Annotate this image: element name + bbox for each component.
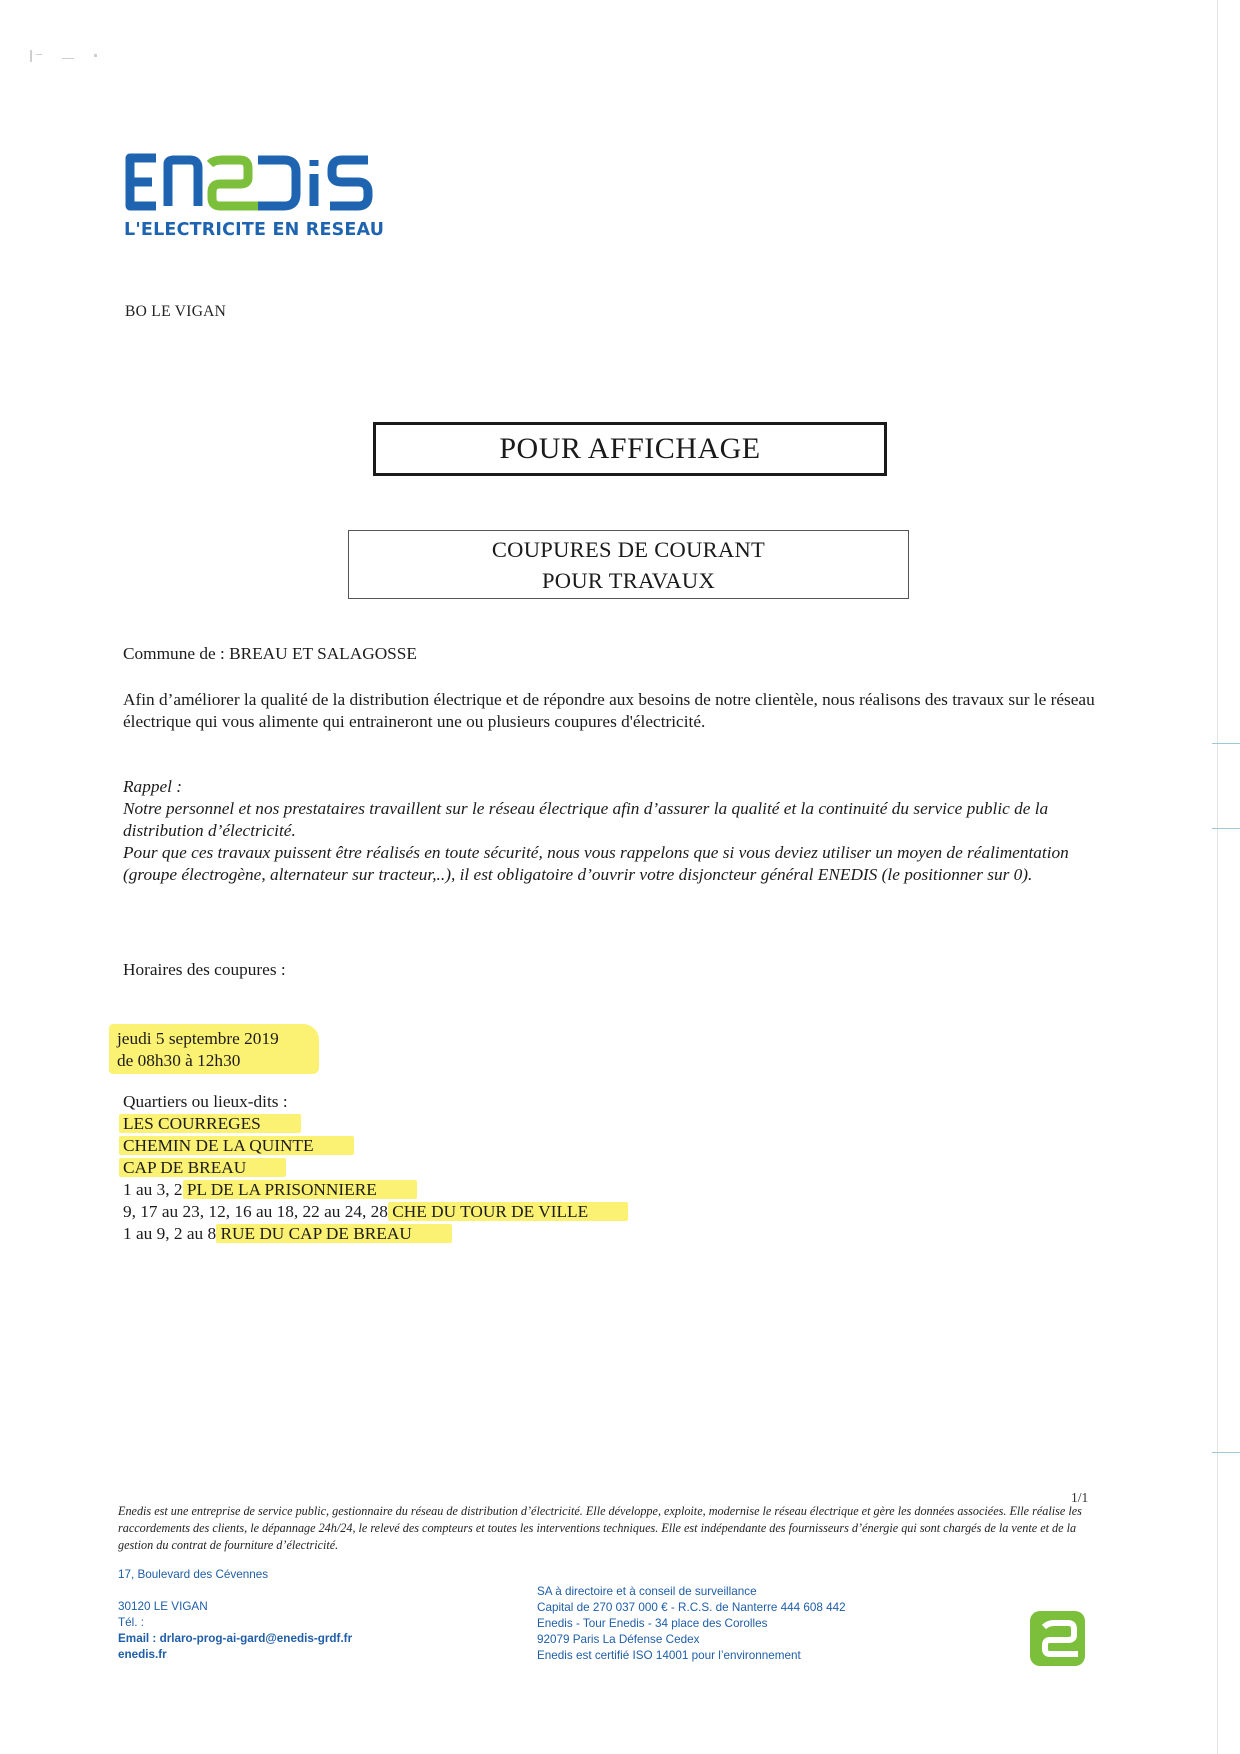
place-item: 1 au 3, 2 PL DE LA PRISONNIERE — [123, 1179, 628, 1201]
page-title: POUR AFFICHAGE — [499, 432, 760, 466]
footer-legal-text: Enedis est une entreprise de service pub… — [118, 1503, 1088, 1554]
place-item: 9, 17 au 23, 12, 16 au 18, 22 au 24, 28 … — [123, 1201, 628, 1223]
company-line: SA à directoire et à conseil de surveill… — [537, 1584, 846, 1600]
commune-line: Commune de : BREAU ET SALAGOSSE — [123, 643, 417, 665]
title-box-main: POUR AFFICHAGE — [373, 422, 887, 476]
subtitle-line: POUR TRAVAUX — [542, 565, 715, 596]
place-item: CHEMIN DE LA QUINTE — [123, 1135, 628, 1157]
schedule-time: de 08h30 à 12h30 — [117, 1050, 279, 1072]
place-name: CHE DU TOUR DE VILLE — [388, 1202, 628, 1221]
company-line: Capital de 270 037 000 € - R.C.S. de Nan… — [537, 1600, 846, 1616]
address-tel: Tél. : — [118, 1615, 352, 1631]
address-city: 30120 LE VIGAN — [118, 1599, 352, 1615]
subtitle-line: COUPURES DE COURANT — [492, 534, 765, 565]
address-street: 17, Boulevard des Cévennes — [118, 1567, 352, 1583]
sender-office: BO LE VIGAN — [125, 303, 226, 321]
company-line: 92079 Paris La Défense Cedex — [537, 1632, 846, 1648]
company-line: Enedis - Tour Enedis - 34 place des Coro… — [537, 1616, 846, 1632]
office-address: 17, Boulevard des Cévennes 30120 LE VIGA… — [118, 1567, 352, 1663]
edge-tick — [1212, 828, 1240, 829]
edge-tick — [1212, 1452, 1240, 1453]
place-name: CHEMIN DE LA QUINTE — [119, 1136, 354, 1155]
company-line: Enedis est certifié ISO 14001 pour l’env… — [537, 1648, 846, 1664]
rappel-heading: Rappel : — [123, 776, 1103, 798]
edge-tick — [1212, 743, 1240, 744]
place-item: LES COURREGES — [123, 1113, 628, 1135]
website-link[interactable]: enedis.fr — [118, 1647, 352, 1663]
scan-artifact — [22, 50, 102, 64]
company-info: SA à directoire et à conseil de surveill… — [537, 1584, 846, 1664]
address-email[interactable]: Email : drlaro-prog-ai-gard@enedis-grdf.… — [118, 1631, 352, 1647]
schedule-label: Horaires des coupures : — [123, 959, 286, 981]
places-section: Quartiers ou lieux-dits : LES COURREGES … — [123, 1091, 628, 1245]
place-name: LES COURREGES — [119, 1114, 301, 1133]
place-name: PL DE LA PRISONNIERE — [183, 1180, 417, 1199]
page-edge — [1217, 0, 1218, 1754]
rappel-paragraph: Pour que ces travaux puissent être réali… — [123, 842, 1103, 886]
intro-paragraph: Afin d’améliorer la qualité de la distri… — [123, 689, 1103, 733]
place-name: RUE DU CAP DE BREAU — [216, 1224, 451, 1243]
rappel-paragraph: Notre personnel et nos prestataires trav… — [123, 798, 1103, 842]
schedule-block: jeudi 5 septembre 2019 de 08h30 à 12h30 — [123, 1024, 319, 1074]
schedule-date: jeudi 5 septembre 2019 — [117, 1028, 279, 1050]
brand-tagline: L'ELECTRICITE EN RESEAU — [124, 220, 384, 240]
place-name: CAP DE BREAU — [119, 1158, 286, 1177]
highlight: jeudi 5 septembre 2019 de 08h30 à 12h30 — [109, 1024, 319, 1074]
place-item: CAP DE BREAU — [123, 1157, 628, 1179]
title-box-sub: COUPURES DE COURANT POUR TRAVAUX — [348, 530, 909, 599]
places-label: Quartiers ou lieux-dits : — [123, 1091, 628, 1113]
rappel-section: Rappel : Notre personnel et nos prestata… — [123, 776, 1103, 886]
enedis-logo — [124, 152, 384, 212]
place-item: 1 au 9, 2 au 8 RUE DU CAP DE BREAU — [123, 1223, 628, 1245]
enedis-e-icon — [1030, 1611, 1085, 1666]
